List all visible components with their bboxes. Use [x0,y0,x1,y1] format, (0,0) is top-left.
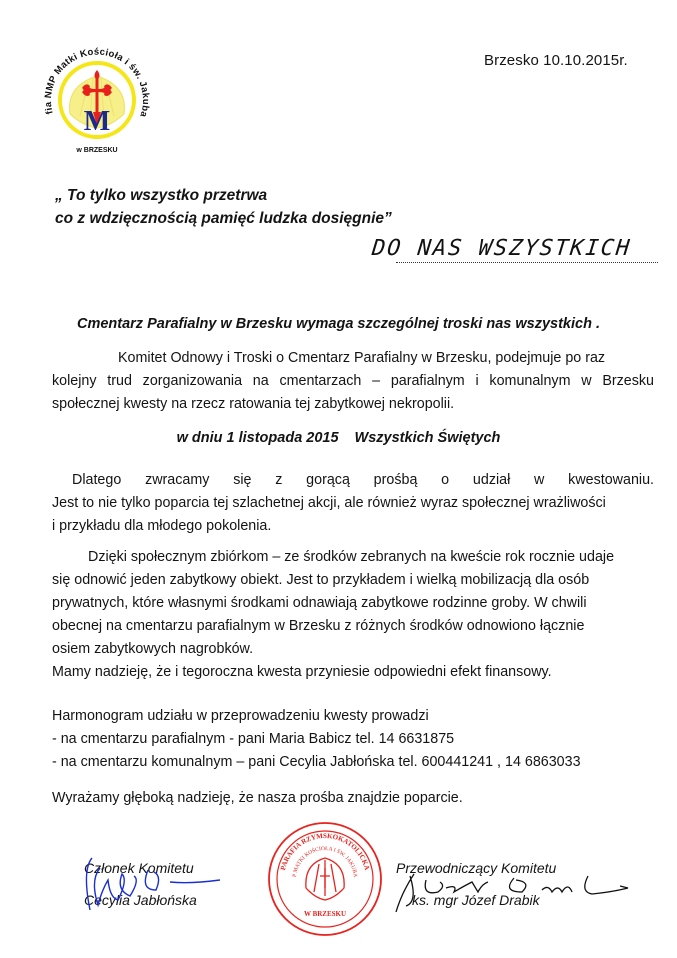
paragraph-2: Dlatego zwracamy się z gorącą prośbą o u… [52,469,654,538]
parish-logo: M Parafia NMP Matki Kościoła i św. Jakub… [36,36,158,158]
scallop-shell-icon [306,858,344,900]
paragraph-2-line-2: Jest to nie tylko poparcia tej szlachetn… [52,492,654,515]
paragraph-2-line-1: Dlatego zwracamy się z gorącą prośbą o u… [52,469,654,492]
signature-right-role: Przewodniczący Komitetu [396,852,556,884]
paragraph-3-line-4: obecnej na cmentarzu parafialnym w Brzes… [52,615,654,638]
dotted-line [396,262,658,263]
event-holiday: Wszystkich Świętych [355,430,501,446]
stamp-bottom-text: W BRZESKU [304,910,346,918]
event-date-text: w dniu 1 listopada 2015 [177,430,339,446]
schedule-item-parish: - na cmentarzu parafialnym - pani Maria … [52,728,654,751]
paragraph-3-line-6: Mamy nadzieję, że i tegoroczna kwesta pr… [52,661,654,684]
paragraph-3-line-1: Dzięki społecznym zbiórkom – ze środków … [52,546,654,569]
signature-left-name: Cecylia Jabłońska [84,884,197,916]
closing-text: Wyrażamy głęboką nadzieję, że nasza proś… [52,787,654,810]
signature-right: Przewodniczący Komitetu ks. mgr Józef Dr… [396,852,556,916]
handwritten-addressee: DO NAS WSZYSTKICH [371,236,664,261]
letter-heading: Cmentarz Parafialny w Brzesku wymaga szc… [0,316,677,332]
paragraph-1: Komitet Odnowy i Troski o Cmentarz Paraf… [52,347,654,416]
closing: Wyrażamy głęboką nadzieję, że nasza proś… [52,787,654,810]
parish-stamp: PARAFIA RZYMSKOKATOLICKA NMP MATKI KOŚCI… [262,816,388,942]
place-date: Brzesko 10.10.2015r. [484,52,628,69]
schedule: Harmonogram udziału w przeprowadzeniu kw… [52,705,654,774]
paragraph-3: Dzięki społecznym zbiórkom – ze środków … [52,546,654,684]
paragraph-1-line-1: Komitet Odnowy i Troski o Cmentarz Paraf… [52,347,654,370]
logo-letter: M [84,106,110,137]
motto: „ To tylko wszystko przetrwa co z wdzięc… [55,184,392,230]
motto-line-1: „ To tylko wszystko przetrwa [55,184,392,207]
signature-right-name: ks. mgr Józef Drabik [396,884,556,916]
logo-bottom-text: w BRZESKU [75,147,117,154]
schedule-intro: Harmonogram udziału w przeprowadzeniu kw… [52,705,654,728]
paragraph-2-line-3: i przykładu dla młodego pokolenia. [52,515,654,538]
paragraph-3-line-2: się odnowić jeden zabytkowy obiekt. Jest… [52,569,654,592]
paragraph-1-line-3: społecznej kwesty na rzecz ratowania tej… [52,393,654,416]
event-date: w dniu 1 listopada 2015Wszystkich Święty… [0,430,677,446]
paragraph-3-line-3: prywatnych, które własnymi środkami odna… [52,592,654,615]
paragraph-1-line-2: kolejny trud zorganizowania na cmentarza… [52,370,654,393]
motto-line-2: co z wdzięcznością pamięć ludzka dosięgn… [55,207,392,230]
signature-left: Członek Komitetu Cecylia Jabłońska [84,852,197,916]
paragraph-3-line-5: osiem zabytkowych nagrobków. [52,638,654,661]
signature-left-role: Członek Komitetu [84,852,197,884]
schedule-item-municipal: - na cmentarzu komunalnym – pani Cecylia… [52,751,654,774]
